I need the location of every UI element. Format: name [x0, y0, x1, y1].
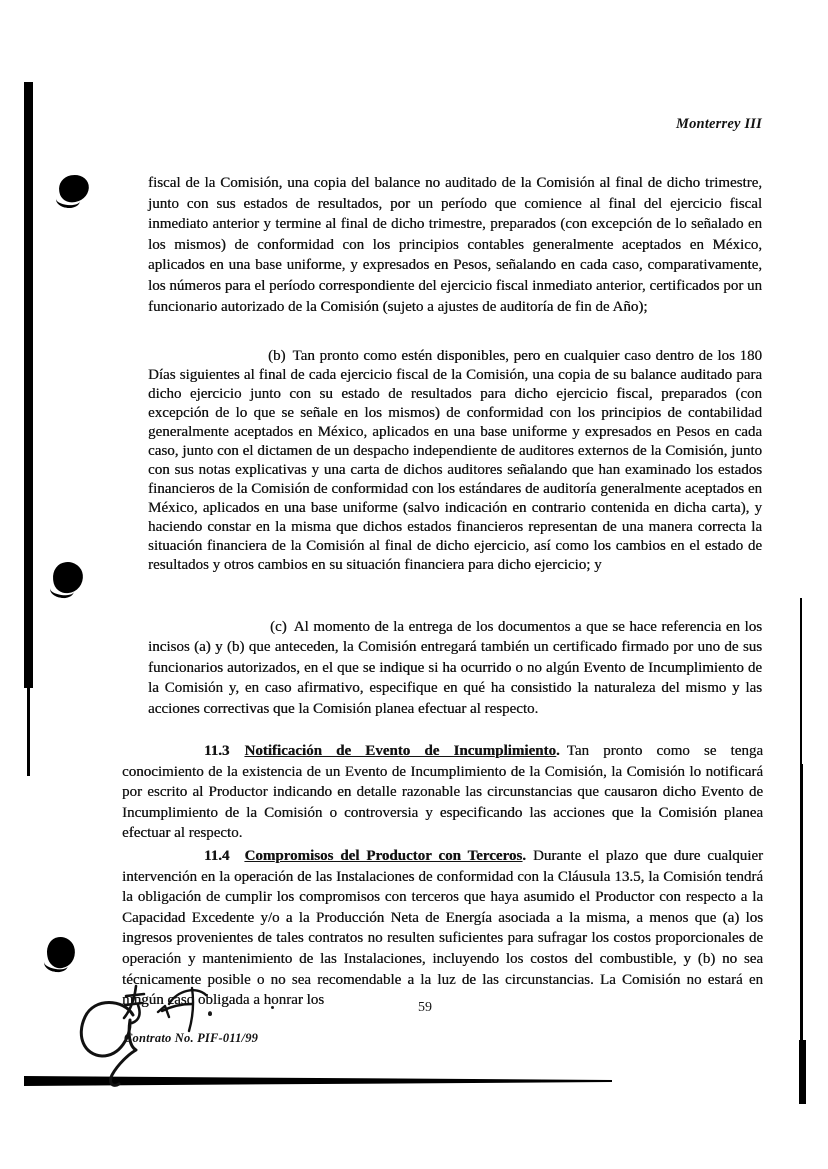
section-heading-period: . [522, 848, 526, 864]
clause-label-c: (c) [270, 619, 287, 635]
section-heading: Notificación de Evento de Incumplimiento [244, 743, 556, 759]
paragraph-clause-b: (b)Tan pronto como estén disponibles, pe… [148, 347, 762, 575]
clause-text-c: Al momento de la entrega de los document… [148, 619, 762, 717]
section-number: 11.3 [204, 743, 229, 759]
document-page: Monterrey III fiscal de la Comisión, una… [0, 0, 828, 1169]
section-11-3: 11.3Notificación de Evento de Incumplimi… [122, 741, 763, 844]
section-heading-period: . [556, 743, 560, 759]
hole-punch-shadow-arc [49, 580, 75, 599]
ink-speck [208, 1012, 212, 1016]
scan-left-edge-bar [24, 82, 33, 688]
scan-left-edge-bar-thin [27, 688, 30, 776]
ink-speck [271, 1006, 274, 1009]
contract-number: Contrato No. PIF-011/99 [124, 1031, 258, 1046]
running-title: Monterrey III [676, 116, 762, 133]
hole-punch-shadow-arc [43, 954, 69, 974]
hole-punch-shadow-arc [55, 191, 81, 209]
page-number: 59 [418, 1000, 432, 1016]
clause-label-b: (b) [268, 348, 286, 364]
section-number: 11.4 [204, 848, 229, 864]
scan-right-edge-line [800, 598, 802, 764]
clause-text-b: Tan pronto como estén disponibles, pero … [148, 348, 762, 573]
paragraph-continuation: fiscal de la Comisión, una copia del bal… [148, 173, 762, 317]
scan-right-edge-line [800, 764, 803, 1040]
section-heading: Compromisos del Productor con Terceros [244, 848, 522, 864]
scan-right-edge-line [799, 1040, 806, 1104]
paragraph-clause-c: (c)Al momento de la entrega de los docum… [148, 617, 762, 719]
